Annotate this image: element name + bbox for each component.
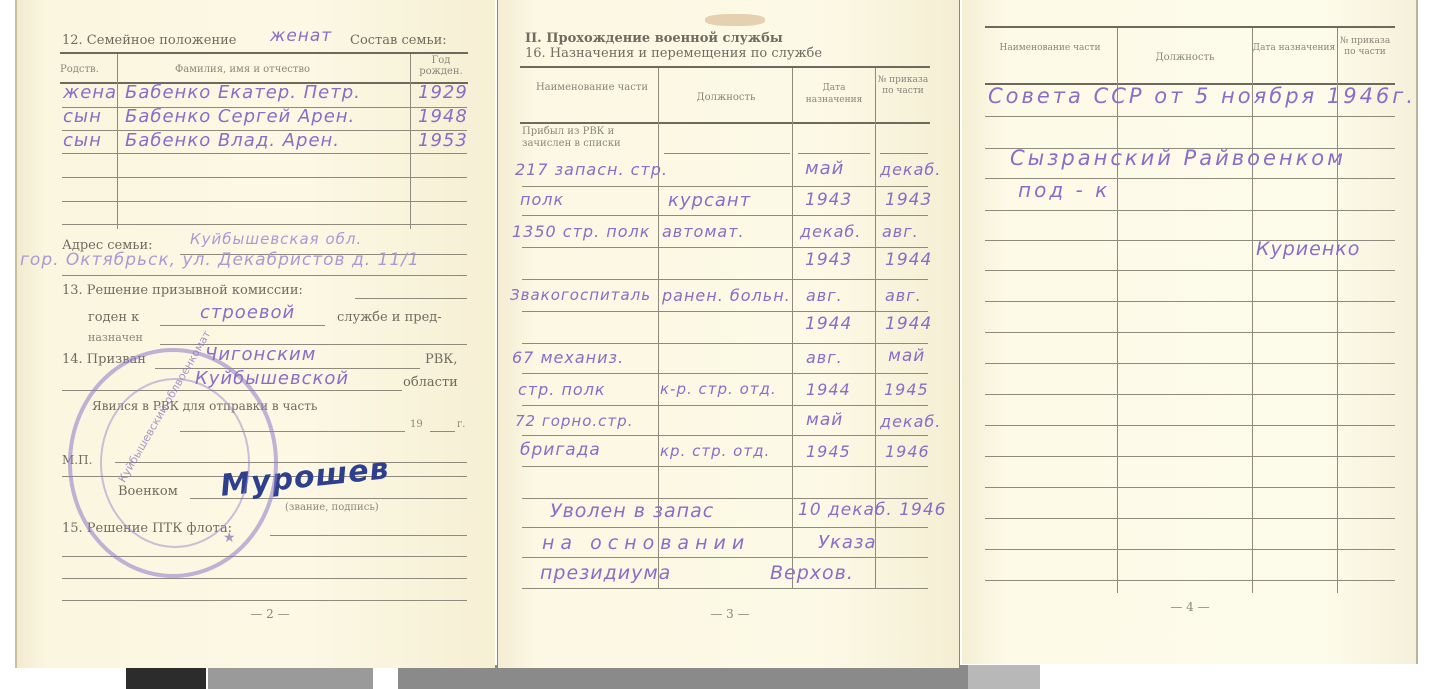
discharge-line-3: президиума (540, 562, 671, 584)
continuation-line-2: Сызранский Райвоенком (1010, 146, 1346, 170)
service-order: 1943 (885, 190, 932, 210)
service-order: авг. (882, 222, 919, 241)
service-order: 1944 (885, 250, 932, 270)
address-line-2: гор. Октябрьск, ул. Декабристов д. 11/1 (20, 250, 420, 270)
fit-value: строевой (200, 302, 295, 323)
official-stamp-inner-ring (100, 378, 250, 548)
column-order-number: № приказа по части (875, 75, 931, 97)
column-birth-year: Год рожден. (415, 55, 467, 77)
background-grey-strip (398, 665, 968, 689)
column-order-number: № приказа по части (1336, 36, 1394, 58)
column-assignment-date: Дата назначения (793, 82, 875, 106)
page-number-2: — 2 — (230, 607, 310, 621)
service-unit: полк (520, 190, 564, 209)
continuation-line-4: Куриенко (1256, 238, 1360, 260)
service-position: к-р. стр. отд. (660, 380, 777, 398)
service-order: декаб. (880, 160, 941, 179)
family-name: Бабенко Влад. Арен. (125, 130, 340, 151)
service-order: 1944 (885, 314, 932, 334)
section2-heading: II. Прохождение военной службы (525, 31, 783, 46)
paper-stain (705, 14, 765, 26)
continuation-line-1: Совета ССР от 5 ноября 1946г. (988, 84, 1416, 108)
family-year: 1953 (418, 130, 468, 151)
discharge-line-3b: Верхов. (770, 562, 854, 584)
service-order: май (888, 346, 925, 366)
section13-label: 13. Решение призывной комиссии: (62, 283, 303, 298)
family-label: Состав семьи: (350, 33, 447, 48)
page-number-3: — 3 — (690, 607, 770, 621)
family-name: Бабенко Екатер. Петр. (125, 82, 361, 103)
column-position: Должность (660, 92, 792, 103)
year-prefix: 19 (410, 419, 423, 430)
service-date: 1943 (805, 190, 852, 210)
service-order: декаб. (880, 412, 941, 431)
rvk-suffix: РВК, (425, 352, 458, 367)
service-order: 1946 (885, 442, 930, 461)
section16-subheading: 16. Назначения и перемещения по службе (525, 46, 822, 61)
family-relation: жена (63, 82, 117, 103)
background-dark-strip (126, 665, 206, 689)
discharge-decree: Указа (818, 532, 876, 553)
service-position: кр. стр. отд. (660, 442, 770, 460)
column-assignment-date: Дата назначения (1252, 42, 1336, 54)
service-unit: 72 горно.стр. (515, 412, 633, 430)
service-unit: бригада (520, 440, 601, 460)
service-unit: 217 запасн. стр. (515, 160, 668, 179)
column-unit-name: Наименование части (522, 82, 662, 94)
family-relation: сын (63, 130, 102, 151)
service-date: 1944 (806, 380, 851, 399)
column-full-name: Фамилия, имя и отчество (175, 64, 310, 75)
address-line-1: Куйбышевская обл. (190, 230, 362, 248)
service-date: авг. (806, 348, 843, 367)
family-year: 1948 (418, 106, 468, 127)
column-unit-name: Наименование части (985, 42, 1115, 54)
service-order: авг. (885, 286, 922, 305)
service-position: ранен. больн. (662, 286, 791, 305)
family-relation: сын (63, 106, 102, 127)
fit-suffix: службе и пред- (337, 310, 442, 325)
section12-label: 12. Семейное положение (62, 33, 236, 48)
service-order: 1945 (884, 380, 929, 399)
service-date: 1944 (805, 314, 852, 334)
year-suffix: г. (457, 419, 465, 430)
service-position: автомат. (662, 222, 745, 241)
background-grey-strip (208, 665, 373, 689)
assigned-label: назначен (88, 331, 143, 344)
service-position: курсант (668, 190, 751, 211)
oblast-suffix: области (403, 375, 458, 390)
background-grey-strip (968, 665, 1040, 689)
family-name: Бабенко Сергей Арен. (125, 106, 355, 127)
family-year: 1929 (418, 82, 468, 103)
page-number-4: — 4 — (1150, 600, 1230, 614)
service-unit: 67 механиз. (512, 348, 624, 367)
service-date: май (806, 410, 843, 430)
service-date: авг. (806, 286, 843, 305)
continuation-line-3: под - к (1018, 178, 1110, 202)
service-unit: 1350 стр. полк (512, 222, 650, 241)
stamp-star-icon: ★ (223, 530, 236, 546)
marital-status-value: женат (270, 26, 332, 46)
first-row-label: Прибыл из РВК и зачислен в списки (522, 126, 657, 150)
service-date: 1945 (806, 442, 851, 461)
service-date: 1943 (805, 250, 852, 270)
service-unit: стр. полк (518, 380, 606, 399)
service-unit: Звакогоспиталь (510, 286, 651, 304)
service-date: декаб. (800, 222, 861, 241)
fit-prefix: годен к (88, 310, 139, 325)
discharge-line-2: на основании (542, 532, 750, 554)
discharge-date: 10 декаб. 1946 (798, 500, 947, 520)
service-date: май (805, 158, 844, 179)
discharge-line-1: Уволен в запас (550, 500, 714, 522)
column-relation: Родств. (60, 64, 99, 75)
signature-caption: (звание, подпись) (285, 502, 379, 513)
column-position: Должность (1118, 52, 1252, 63)
